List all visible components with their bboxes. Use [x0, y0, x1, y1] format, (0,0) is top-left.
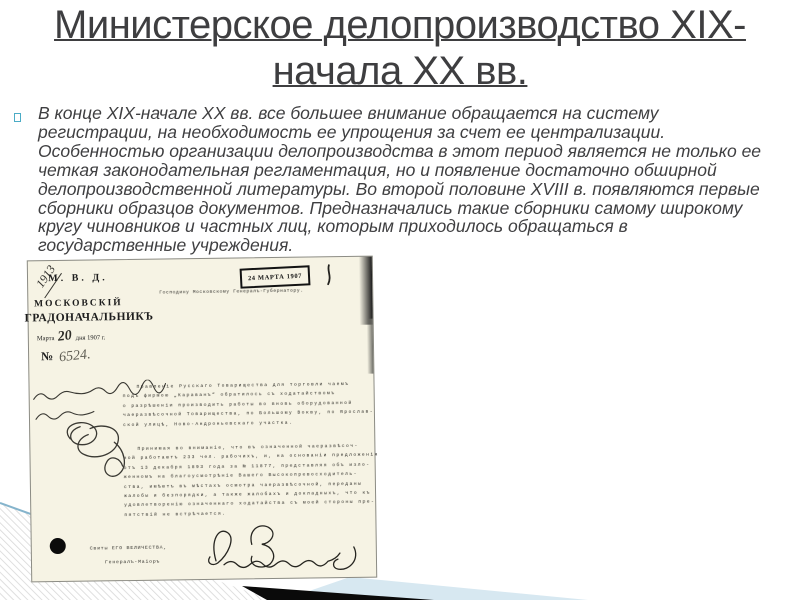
doc-addressee: Господину Московскому Генералъ-Губернато… — [159, 288, 329, 295]
doc-paragraph-2: Принимая во вниманіе, что въ означенной … — [123, 444, 374, 523]
date-suffix: дня 1907 г. — [76, 334, 106, 341]
doc-number-line: № 6524. — [41, 349, 91, 366]
doc-date-line: Марта 20 дня 1907 г. — [37, 328, 106, 345]
hole-punch — [50, 538, 66, 554]
slide: Министерское делопроизводство XIX-начала… — [0, 0, 800, 600]
doc-org-title: ГРАДОНАЧАЛЬНИКЪ — [24, 311, 142, 325]
scan-shadow-dark — [359, 257, 373, 325]
bullet-text: В конце XIX-начале XX вв. все большее вн… — [38, 104, 776, 255]
document-photo: 1913 М. В. Д. МОСКОВСКІЙ ГРАДОНАЧАЛЬНИКЪ… — [27, 256, 377, 583]
scan-shadow-light — [367, 319, 374, 374]
doc-paragraph-1: Правленіе Русскаго Товарищества для торг… — [123, 382, 374, 432]
slide-title: Министерское делопроизводство XIX-начала… — [15, 2, 785, 94]
doc-closing-suite: Свиты ЕГО ВЕЛИЧЕСТВА, — [90, 546, 167, 552]
doc-closing-rank: Генералъ-Маіоръ — [105, 560, 160, 566]
date-stamp: 24 МАРТА 1907 — [240, 265, 311, 288]
doc-org-city: МОСКОВСКІЙ — [28, 298, 128, 309]
bullet-square-icon — [14, 113, 21, 122]
pen-mark — [324, 263, 334, 287]
date-prefix: Марта — [37, 335, 55, 342]
doc-org-abbrev: М. В. Д. — [28, 272, 128, 284]
handwritten-number: 6524. — [58, 347, 91, 366]
number-sign: № — [41, 349, 53, 363]
signature — [157, 519, 374, 580]
handwritten-day: 20 — [57, 328, 73, 346]
bullet-item: В конце XIX-начале XX вв. все большее вн… — [14, 104, 776, 255]
